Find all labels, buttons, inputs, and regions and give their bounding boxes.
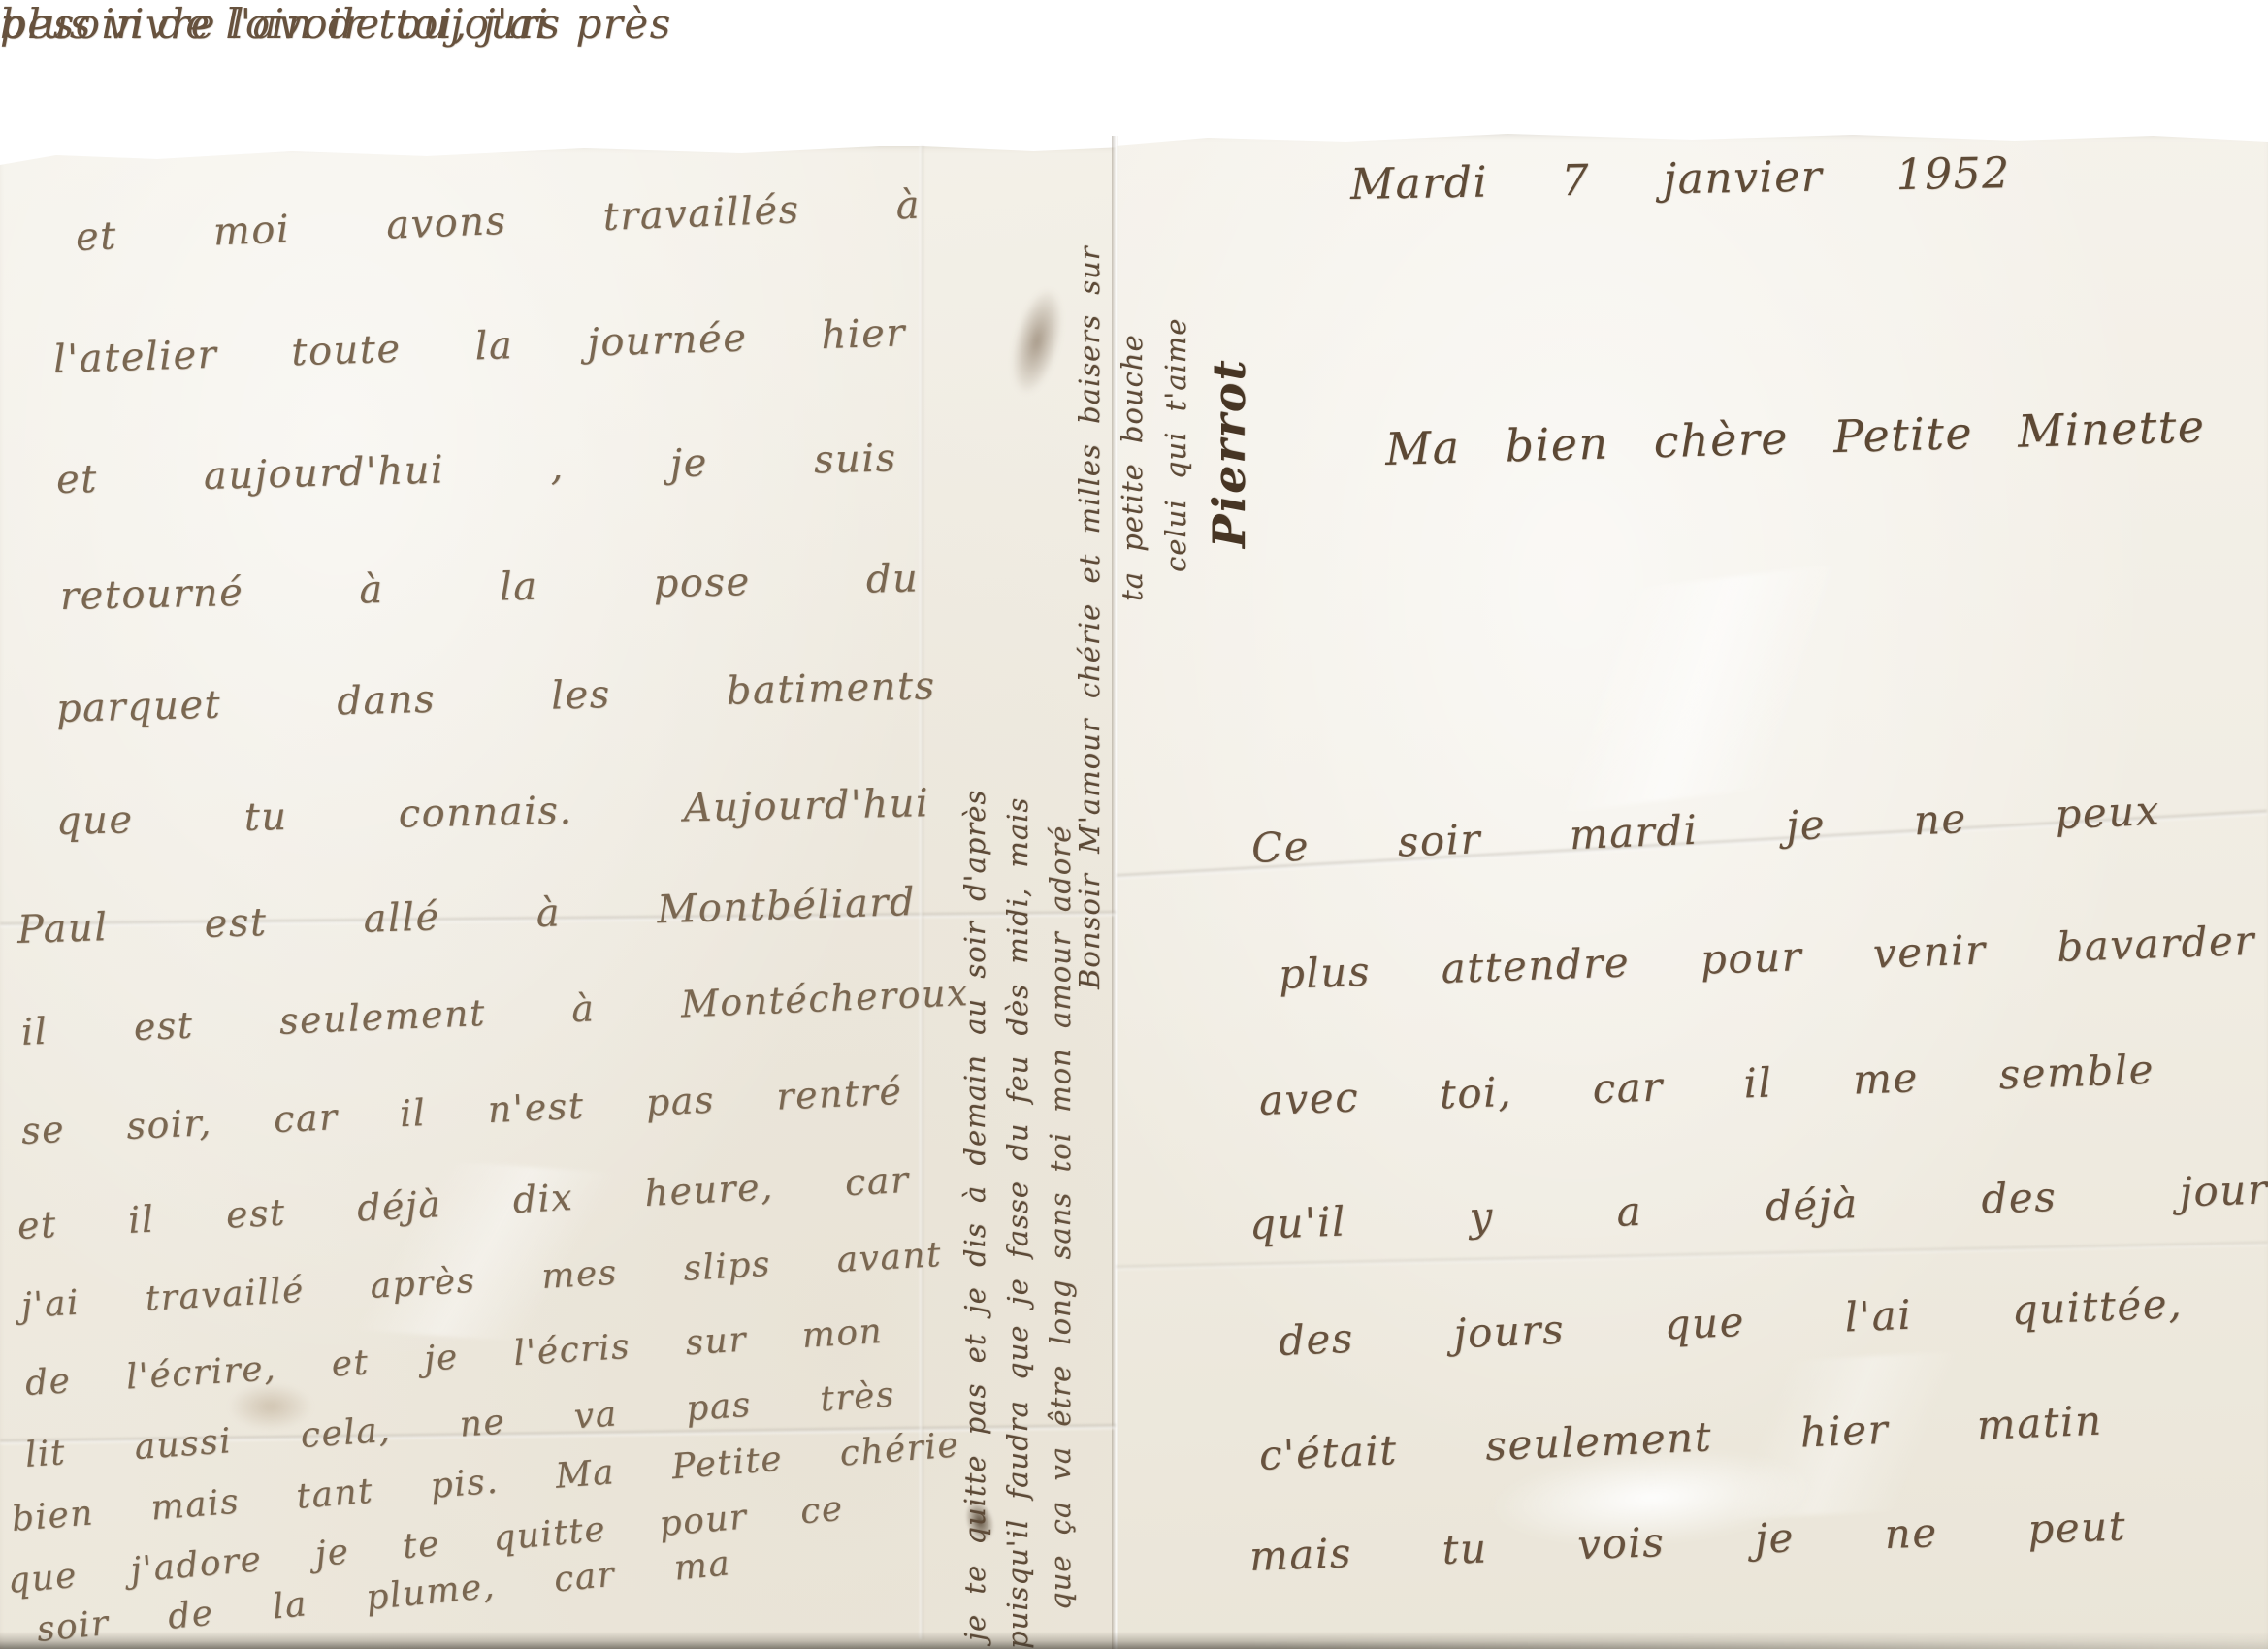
scan-bottom-edge bbox=[0, 1632, 2268, 1649]
rotated-margin-line: ta petite bouche bbox=[1116, 334, 1149, 601]
rotated-margin-line: puisqu'il faudra que je fasse du feu dès… bbox=[1001, 797, 1034, 1649]
signature: Pierrot bbox=[1203, 358, 1255, 548]
rotated-margin-line: Bonsoir M'amour chérie et milles baisers… bbox=[1073, 245, 1106, 989]
rotated-margin-line: que ça va être long sans toi mon amour a… bbox=[1044, 825, 1077, 1610]
rotated-margin-line: je te quitte pas et je dis à demain au s… bbox=[958, 790, 991, 1641]
rotated-margin-line: celui qui t'aime bbox=[1159, 318, 1192, 572]
handwritten-line: besoin de l'avoir toujours près bbox=[0, 0, 672, 48]
scanned-letter: et moi avons travaillés à l'atelier tout… bbox=[0, 0, 2268, 1649]
